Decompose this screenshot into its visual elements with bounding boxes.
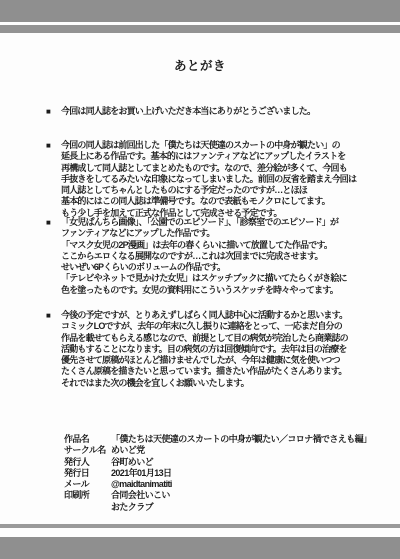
colophon-row: メール @maidtanimatiti: [64, 479, 384, 490]
colophon-value: 合同会社いこい: [111, 490, 384, 501]
bottom-border-stripe: [0, 524, 400, 528]
afterword-paragraph: ■ 「女児ぱんちら画像」、「公園でのエピソード」、「診察室でのエピソード」が フ…: [46, 217, 364, 296]
colophon-label: 発行日: [64, 468, 111, 479]
bullet-marker: ■: [46, 217, 61, 228]
colophon-value: 2021年01月13日: [111, 468, 384, 479]
bullet-marker: ■: [46, 106, 61, 117]
afterword-paragraph: ■ 今回は同人誌をお買い上げいただき本当にありがとうございました。: [46, 106, 364, 117]
colophon-value: 谷町めいど: [111, 457, 384, 468]
bottom-border-bar: [0, 537, 400, 559]
colophon-value: めいど党: [111, 445, 384, 456]
colophon-row: おたクラブ: [64, 502, 384, 513]
top-border-bar: [0, 0, 400, 22]
colophon-label: メール: [64, 479, 111, 490]
bullet-marker: ■: [46, 310, 61, 321]
top-border-stripe: [0, 25, 400, 33]
colophon-label: 発行人: [64, 457, 111, 468]
colophon-row: 印刷所 合同会社いこい: [64, 490, 384, 501]
colophon-label: 印刷所: [64, 490, 111, 501]
paragraph-text: 今回の同人誌は前回出した「僕たちは天使達のスカートの中身が観たい」の 延長上にあ…: [61, 140, 364, 219]
colophon: 作品名 「僕たちは天使達のスカートの中身が観たい／コロナ禍でさえも編」 サークル…: [64, 434, 384, 513]
colophon-label: サークル名: [64, 445, 111, 456]
afterword-paragraph: ■ 今後の予定ですが、とりあえずしばらく同人誌中心に活動するかと思います。 コミ…: [46, 310, 364, 389]
colophon-row: 発行日 2021年01月13日: [64, 468, 384, 479]
colophon-value: @maidtanimatiti: [111, 479, 384, 490]
colophon-value: おたクラブ: [111, 502, 384, 513]
colophon-row: 発行人 谷町めいど: [64, 457, 384, 468]
colophon-label: 作品名: [64, 434, 111, 445]
colophon-value: 「僕たちは天使達のスカートの中身が観たい／コロナ禍でさえも編」: [111, 434, 384, 445]
page-title: あとがき: [0, 56, 400, 74]
paragraph-text: 今後の予定ですが、とりあえずしばらく同人誌中心に活動するかと思います。 コミック…: [61, 310, 364, 389]
afterword-page: あとがき ■ 今回は同人誌をお買い上げいただき本当にありがとうございました。 ■…: [0, 0, 400, 559]
paragraph-text: 今回は同人誌をお買い上げいただき本当にありがとうございました。: [61, 106, 364, 117]
colophon-label: [64, 502, 111, 513]
bullet-marker: ■: [46, 140, 61, 151]
colophon-row: 作品名 「僕たちは天使達のスカートの中身が観たい／コロナ禍でさえも編」: [64, 434, 384, 445]
afterword-paragraph: ■ 今回の同人誌は前回出した「僕たちは天使達のスカートの中身が観たい」の 延長上…: [46, 140, 364, 219]
paragraph-text: 「女児ぱんちら画像」、「公園でのエピソード」、「診察室でのエピソード」が ファン…: [61, 217, 364, 296]
colophon-row: サークル名 めいど党: [64, 445, 384, 456]
